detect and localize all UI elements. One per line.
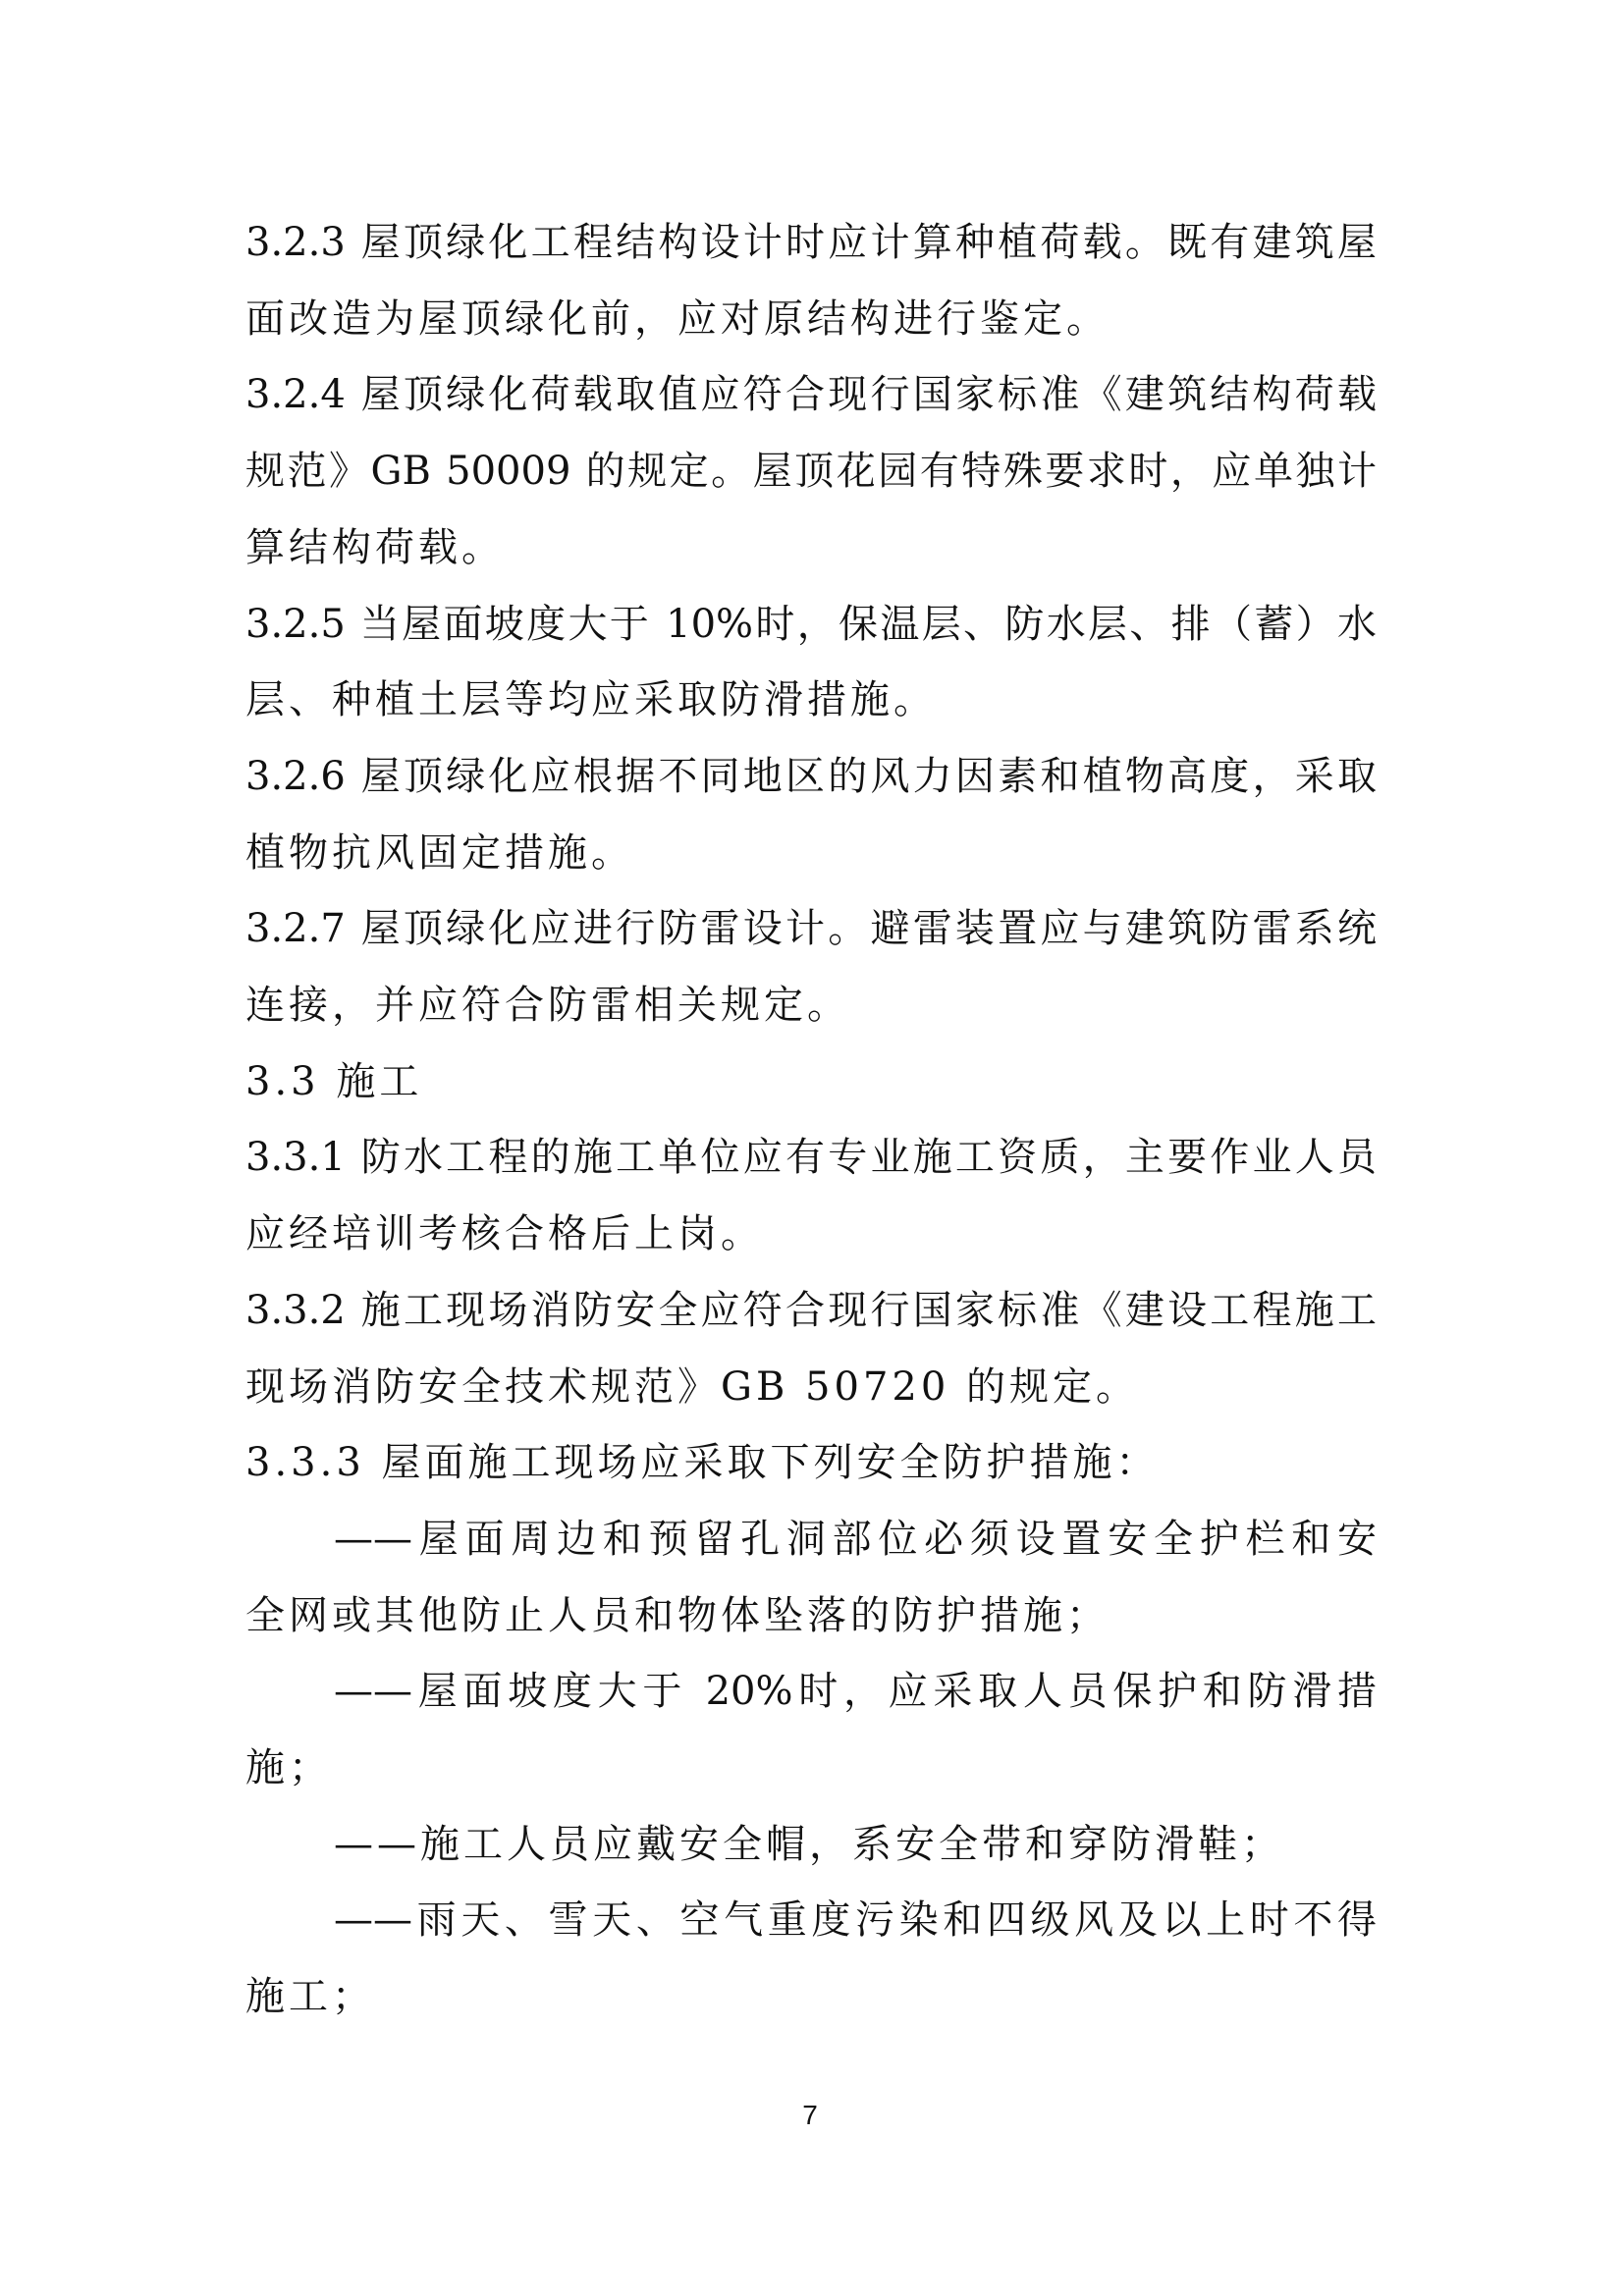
page-number: 7 — [790, 2096, 830, 2135]
line-3-2-4-c: 算结构荷载。 — [245, 518, 1377, 577]
line-3-2-4-b: 规范》GB 50009 的规定。屋顶花园有特殊要求时，应单独计 — [245, 442, 1377, 501]
line-3-2-5-a: 3.2.5 当屋面坡度大于 10%时，保温层、防水层、排（蓄）水 — [245, 595, 1377, 654]
line-3-3-1-b: 应经培训考核合格后上岗。 — [245, 1204, 1377, 1263]
line-3-2-3-b: 面改造为屋顶绿化前，应对原结构进行鉴定。 — [245, 290, 1377, 348]
line-3-2-5-b: 层、种植土层等均应采取防滑措施。 — [245, 670, 1377, 729]
list-item-4-b: 施工； — [245, 1967, 1377, 2026]
line-3-2-4-a: 3.2.4 屋顶绿化荷载取值应符合现行国家标准《建筑结构荷载 — [245, 365, 1377, 424]
list-item-1-b: 全网或其他防止人员和物体坠落的防护措施； — [245, 1586, 1377, 1645]
line-3-2-7-b: 连接，并应符合防雷相关规定。 — [245, 976, 1377, 1035]
list-item-3: ——施工人员应戴安全帽，系安全带和穿防滑鞋； — [334, 1815, 1377, 1874]
document-page: 3.2.3 屋顶绿化工程结构设计时应计算种植荷载。既有建筑屋 面改造为屋顶绿化前… — [0, 0, 1624, 2296]
line-3-3-2-a: 3.3.2 施工现场消防安全应符合现行国家标准《建设工程施工 — [245, 1281, 1377, 1340]
list-item-4-a: ——雨天、雪天、空气重度污染和四级风及以上时不得 — [334, 1891, 1377, 1949]
line-3-3-1-a: 3.3.1 防水工程的施工单位应有专业施工资质，主要作业人员 — [245, 1128, 1377, 1187]
list-item-2-a: ——屋面坡度大于 20%时，应采取人员保护和防滑措 — [334, 1662, 1377, 1721]
line-3-3-2-b: 现场消防安全技术规范》GB 50720 的规定。 — [245, 1358, 1377, 1416]
line-3-2-3-a: 3.2.3 屋顶绿化工程结构设计时应计算种植荷载。既有建筑屋 — [245, 213, 1377, 272]
list-item-2-b: 施； — [245, 1738, 1377, 1797]
section-heading-3-3: 3.3 施工 — [245, 1052, 1377, 1111]
line-3-2-7-a: 3.2.7 屋顶绿化应进行防雷设计。避雷装置应与建筑防雷系统 — [245, 899, 1377, 958]
line-3-2-6-a: 3.2.6 屋顶绿化应根据不同地区的风力因素和植物高度，采取 — [245, 747, 1377, 806]
line-3-2-6-b: 植物抗风固定措施。 — [245, 824, 1377, 882]
line-3-3-3: 3.3.3 屋面施工现场应采取下列安全防护措施： — [245, 1433, 1377, 1492]
list-item-1-a: ——屋面周边和预留孔洞部位必须设置安全护栏和安 — [334, 1510, 1377, 1569]
